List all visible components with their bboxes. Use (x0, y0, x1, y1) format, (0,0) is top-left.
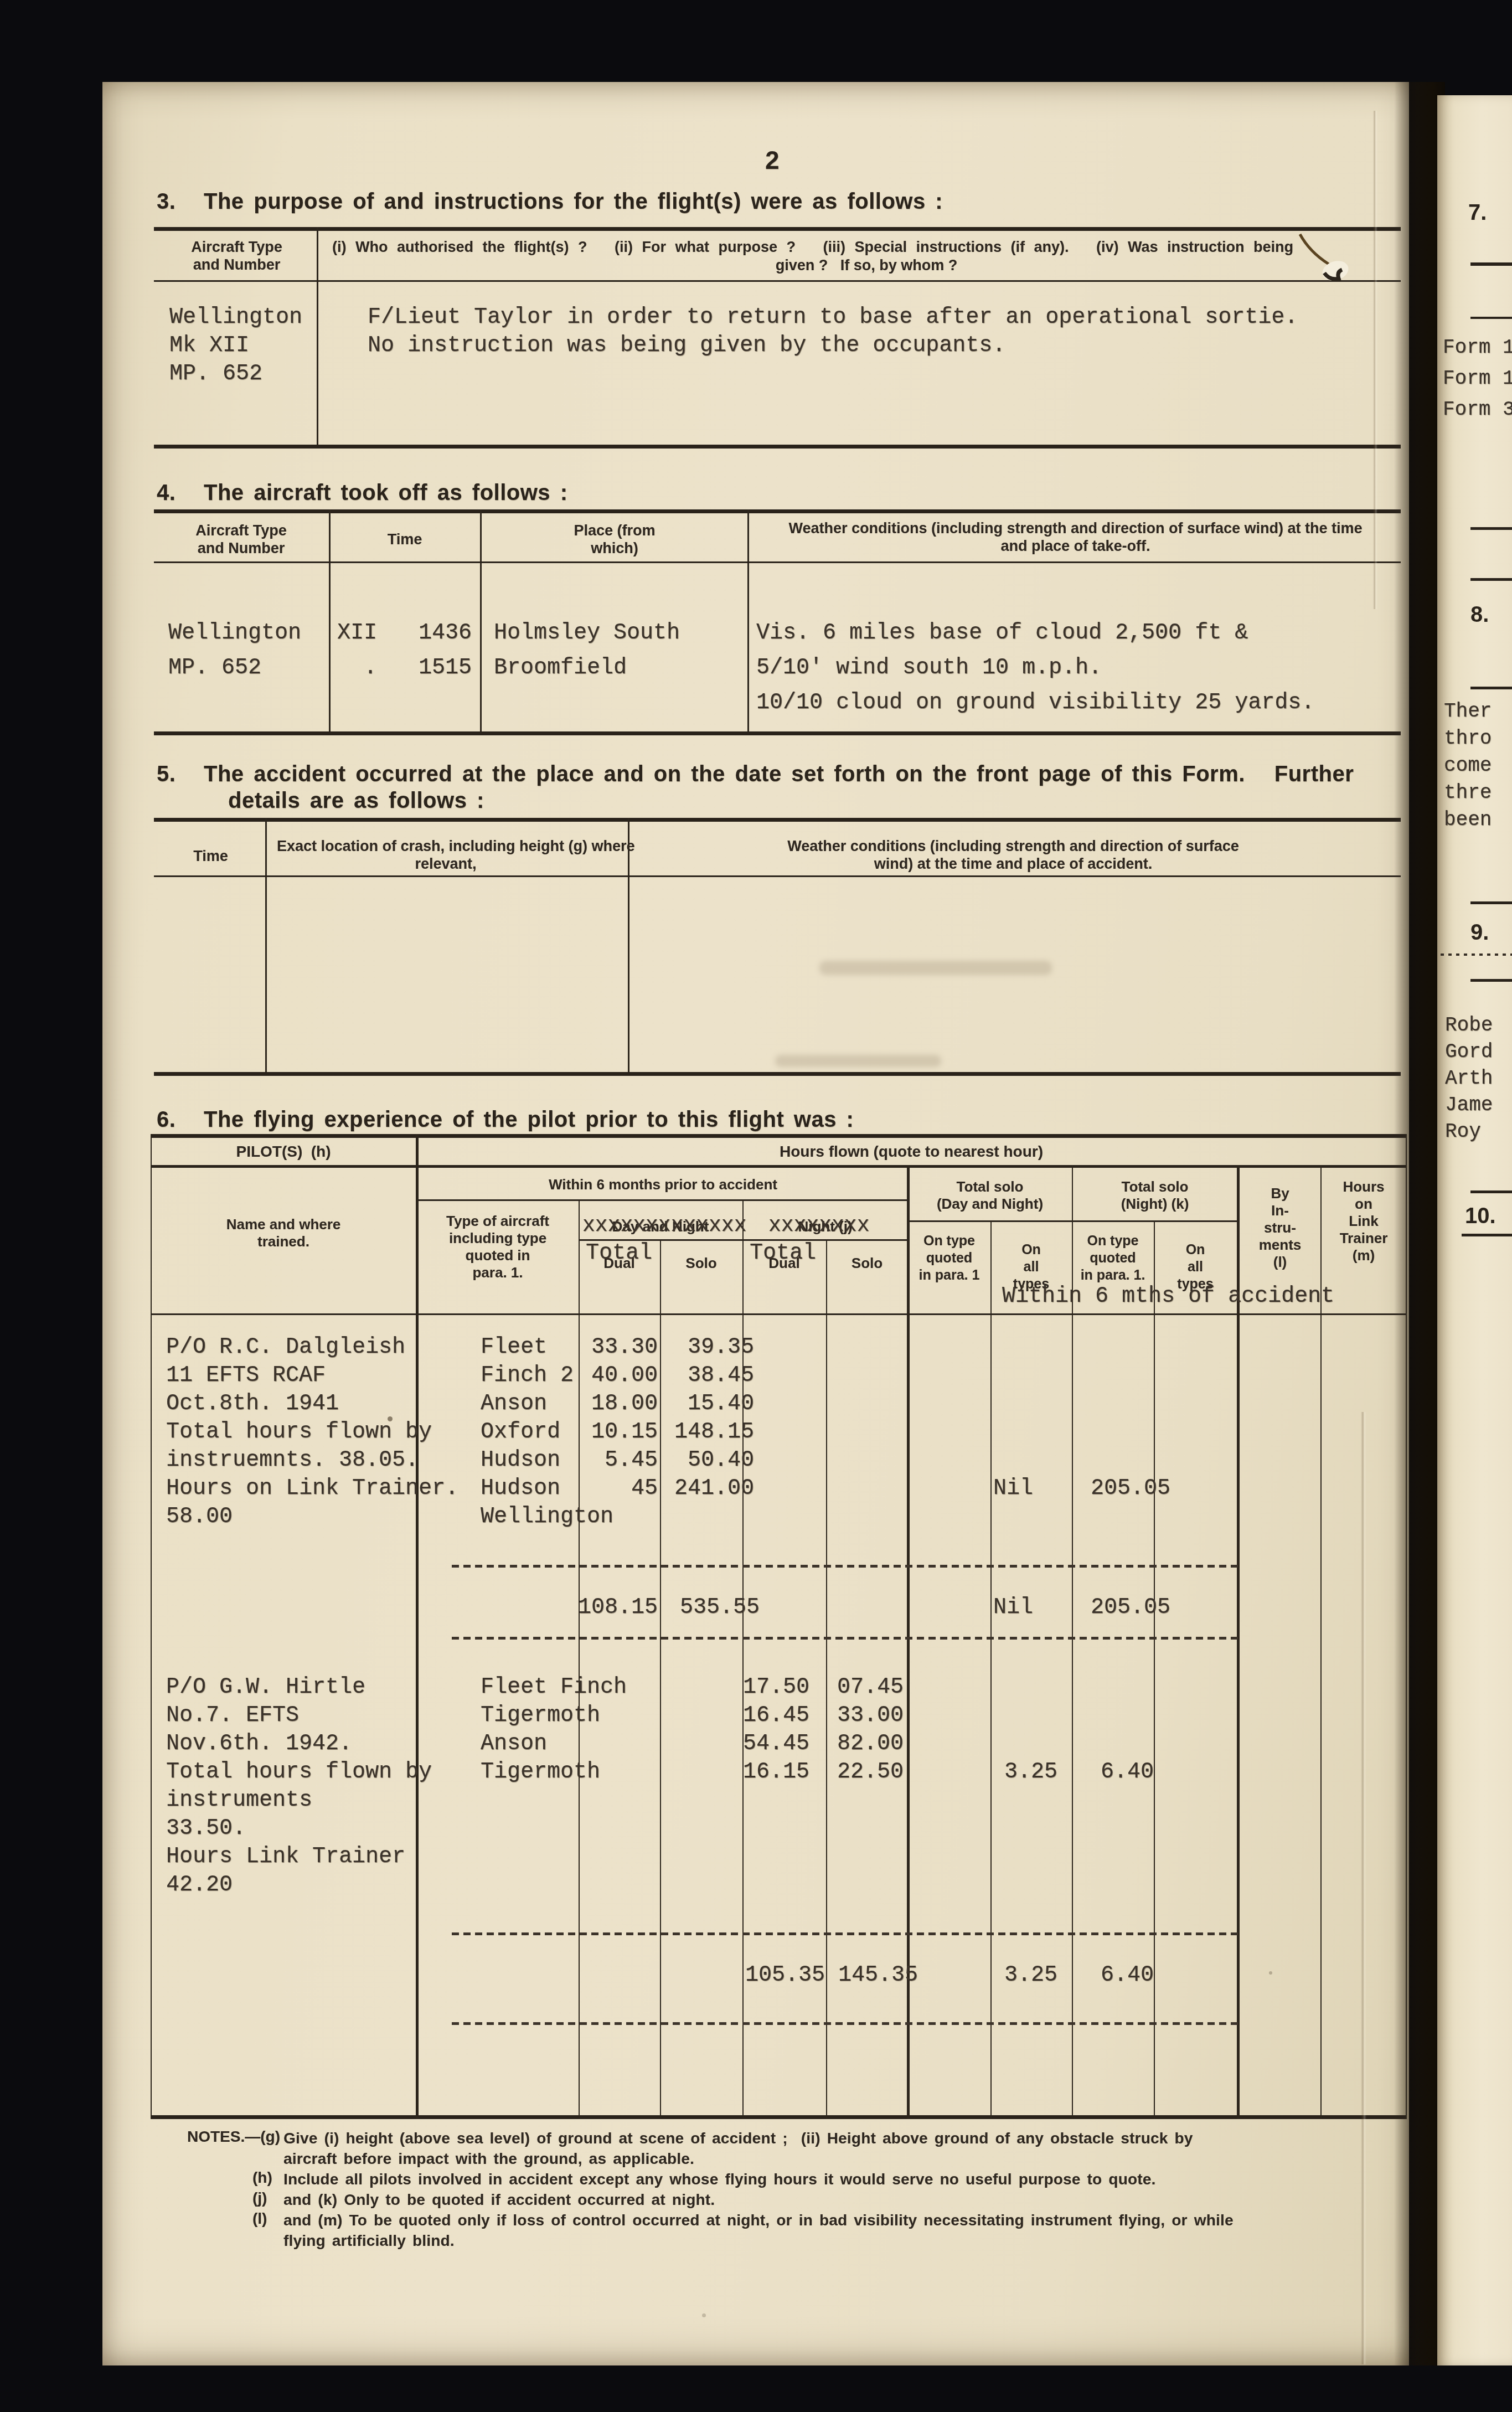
pilot2-aircraft-types: Fleet Finch Tigermoth Anson Tigermoth (481, 1673, 627, 1786)
rightpage-rule (1470, 317, 1512, 319)
section3-aircraft-typed: Wellington Mk XII MP. 652 (169, 303, 302, 388)
section3-number: 3. (157, 189, 176, 214)
typed-strikeout-night: xxxxxxxx (768, 1212, 869, 1240)
pilot2-name-block: P/O G.W. Hirtle No.7. EFTS Nov.6th. 1942… (166, 1673, 432, 1899)
section4-col4-header: Weather conditions (including strength a… (756, 519, 1395, 555)
section4-divider-2 (480, 509, 482, 735)
paper-speck (388, 1416, 393, 1421)
section6-totalsolo-dn-header: Total solo (Day and Night) (908, 1178, 1072, 1213)
rightpage-dotted-rule (1441, 954, 1512, 956)
section4-col1-header: Aircraft Type and Number (159, 522, 323, 557)
rightpage-rule (1470, 527, 1512, 530)
section5-heading-line1: The accident occurred at the place and o… (204, 762, 1354, 787)
section3-col1-header: Aircraft Type and Number (161, 238, 313, 274)
paper-speck (1269, 1971, 1272, 1975)
section4-col3-header: Place (from which) (484, 522, 745, 557)
section3-col-divider (317, 227, 318, 449)
scanned-accident-report-page: { "page_number": "2", "colors": {"paper"… (0, 0, 1512, 2412)
section3-top-rule (154, 227, 1401, 231)
typed-total-over-dual-2: Total (750, 1239, 816, 1267)
pilot1-solo-hours: 39.35 38.45 15.40 148.15 50.40 241.00 (671, 1333, 754, 1503)
section4-weather-typed: Vis. 6 miles base of cloud 2,500 ft & 5/… (756, 616, 1314, 720)
section6-n-solo-header: Solo (826, 1255, 908, 1272)
rightpage-section8-number: 8. (1470, 602, 1489, 627)
section6-header-bottom-rule (151, 1313, 1407, 1315)
section6-ontype2-header: On type quoted in para. 1. (1072, 1233, 1154, 1284)
notes-g-text: Give (i) height (above sea level) of gro… (283, 2128, 1193, 2169)
rightpage-rule (1470, 687, 1512, 689)
section3-header-underline (154, 280, 1401, 282)
pilot1-night-type-value: Nil (993, 1475, 1033, 1503)
section6-name-header: Name and where trained. (162, 1216, 405, 1250)
rightpage-names-typed: Robe Gord Arth Jame Roy (1445, 1012, 1493, 1145)
pilot2-solo-hours: 07.45 33.00 82.00 22.50 (825, 1673, 904, 1786)
section6-within6-header: Within 6 months prior to accident (417, 1176, 909, 1193)
section4-top-rule (154, 509, 1401, 513)
notes-label: NOTES.—(g) (187, 2128, 280, 2146)
rightpage-rule (1470, 979, 1512, 982)
section5-heading-line2: details are as follows : (228, 788, 484, 813)
section4-aircraft-typed: Wellington MP. 652 (168, 616, 301, 686)
notes-h-label: (h) (252, 2169, 272, 2187)
notes-jk-text: and (k) Only to be quoted if accident oc… (283, 2189, 715, 2210)
section6-vline-right (1406, 1134, 1407, 2119)
pen-mark-and-blemish (1290, 230, 1362, 291)
section6-byinstruments-header: By In- stru- ments (l) (1240, 1185, 1320, 1271)
section5-number: 5. (157, 762, 176, 787)
section6-linktrainer-header: Hours on Link Trainer (m) (1322, 1178, 1406, 1264)
pilot1-total-dual: 108.15 (576, 1594, 658, 1622)
paper-speck (702, 2313, 706, 2317)
section5-col3-header: Weather conditions (including strength a… (642, 837, 1384, 873)
pilot2-total-night-type: 3.25 (1004, 1961, 1057, 1990)
section5-col2-header: Exact location of crash, including heigh… (277, 837, 615, 873)
paper-crease (1361, 1412, 1366, 2364)
notes-l-label: (l) (252, 2210, 267, 2228)
faint-smudge (775, 1055, 941, 1067)
section6-tsn-underline (1072, 1220, 1239, 1222)
section3-heading: The purpose of and instructions for the … (204, 189, 943, 214)
section6-vline-dnduo (660, 1239, 661, 2119)
faint-smudge (819, 961, 1052, 975)
section6-ontype-header: On type quoted in para. 1 (908, 1233, 990, 1284)
typed-within-6-mths: Within 6 mths of accident (1002, 1282, 1334, 1311)
section4-divider-3 (747, 509, 749, 735)
section6-vline-left (151, 1134, 152, 2119)
section5-divider-1 (265, 818, 267, 1076)
section6-type-header: Type of aircraft including type quoted i… (420, 1213, 576, 1281)
section6-top-rule (151, 1134, 1407, 1138)
rightpage-section9-number: 9. (1470, 920, 1489, 945)
section4-time-typed: 1436 1515 (419, 616, 472, 686)
pilot2-night-type-value: 3.25 (1004, 1758, 1057, 1786)
next-page-paper (1437, 95, 1512, 2365)
rightpage-para8-typed: Ther thro come thre been (1444, 698, 1492, 833)
section4-divider-1 (329, 509, 331, 735)
section6-vline-name (416, 1134, 419, 2119)
rightpage-section10-number: 10. (1465, 1204, 1496, 1229)
section3-answer-typed: F/Lieut Taylor in order to return to bas… (368, 303, 1298, 360)
section3-bottom-rule (154, 445, 1401, 449)
pilot1-name-block: P/O R.C. Dalgleish 11 EFTS RCAF Oct.8th.… (166, 1333, 458, 1531)
rightpage-rule (1470, 901, 1512, 904)
paper-crease (1373, 111, 1377, 609)
rightpage-forms-typed: Form 1 Form 1 Form 3 (1443, 332, 1512, 425)
rightpage-rule (1470, 578, 1512, 581)
section4-col2-header: Time (332, 530, 477, 548)
section4-mark-typed: XII . (337, 616, 377, 686)
pilot2-dual-hours: 17.50 16.45 54.45 16.15 (731, 1673, 809, 1786)
pilot1-total-night-type: Nil (993, 1594, 1033, 1622)
pilot2-total-dual: 105.35 (743, 1961, 825, 1990)
pilot2-night-all-value: 6.40 (1101, 1758, 1154, 1786)
section6-number: 6. (157, 1107, 176, 1132)
typed-dashed-separator (452, 1932, 1238, 1935)
pilot1-total-solo: 535.55 (680, 1594, 760, 1622)
section4-heading: The aircraft took off as follows : (204, 481, 568, 506)
section5-top-rule (154, 818, 1401, 822)
section6-hoursflown-header: Hours flown (quote to nearest hour) (417, 1143, 1406, 1161)
notes-lm-text: and (m) To be quoted only if loss of con… (283, 2210, 1234, 2251)
rightpage-rule (1462, 1234, 1512, 1236)
section6-totalsolo-n-header: Total solo (Night) (k) (1072, 1178, 1238, 1213)
section5-bottom-rule (154, 1072, 1401, 1076)
pilot1-dual-hours: 33.30 40.00 18.00 10.15 5.45 45 (576, 1333, 658, 1503)
pilot2-total-night-all: 6.40 (1101, 1961, 1154, 1990)
section6-pilots-header: PILOT(S) (h) (151, 1143, 416, 1161)
section4-number: 4. (157, 481, 176, 506)
section6-band-rule (151, 1165, 1407, 1168)
pilot1-night-all-value: 205.05 (1091, 1475, 1170, 1503)
section4-place-typed: Holmsley South Broomfield (494, 616, 680, 686)
section4-bottom-rule (154, 731, 1401, 735)
section6-within6-underline (417, 1199, 909, 1201)
typed-total-over-dual-1: Total (586, 1239, 652, 1267)
section6-vline-tsn (1154, 1220, 1155, 2119)
rightpage-section7-number: 7. (1468, 200, 1487, 225)
section6-bottom-rule (151, 2115, 1407, 2119)
pilot1-total-night-all: 205.05 (1091, 1594, 1170, 1622)
section3-col2-header-line1: (i) Who authorised the flight(s) ? (ii) … (332, 238, 1401, 256)
section3-col2-header-line2: given ? If so, by whom ? (332, 256, 1401, 274)
section5-header-underline (154, 875, 1401, 877)
typed-dashed-separator (452, 1637, 1238, 1640)
section6-vline-tsdn (990, 1220, 992, 2119)
notes-h-text: Include all pilots involved in accident … (283, 2169, 1156, 2189)
rightpage-rule (1470, 262, 1512, 266)
section6-heading: The flying experience of the pilot prior… (204, 1107, 854, 1132)
typed-strikeout-daynight: xxxxxxxxxxxxx (582, 1212, 746, 1240)
section4-header-underline (154, 561, 1401, 563)
notes-j-label: (j) (252, 2189, 267, 2207)
page-number: 2 (765, 145, 780, 175)
rightpage-rule (1470, 1190, 1512, 1193)
typed-dashed-separator (452, 1565, 1238, 1568)
pilot2-total-solo: 145.35 (838, 1961, 918, 1990)
typed-dashed-separator (452, 2022, 1238, 2025)
section5-col1-header: Time (159, 847, 262, 865)
section6-dn-solo-header: Solo (660, 1255, 742, 1272)
section5-divider-2 (628, 818, 629, 1076)
